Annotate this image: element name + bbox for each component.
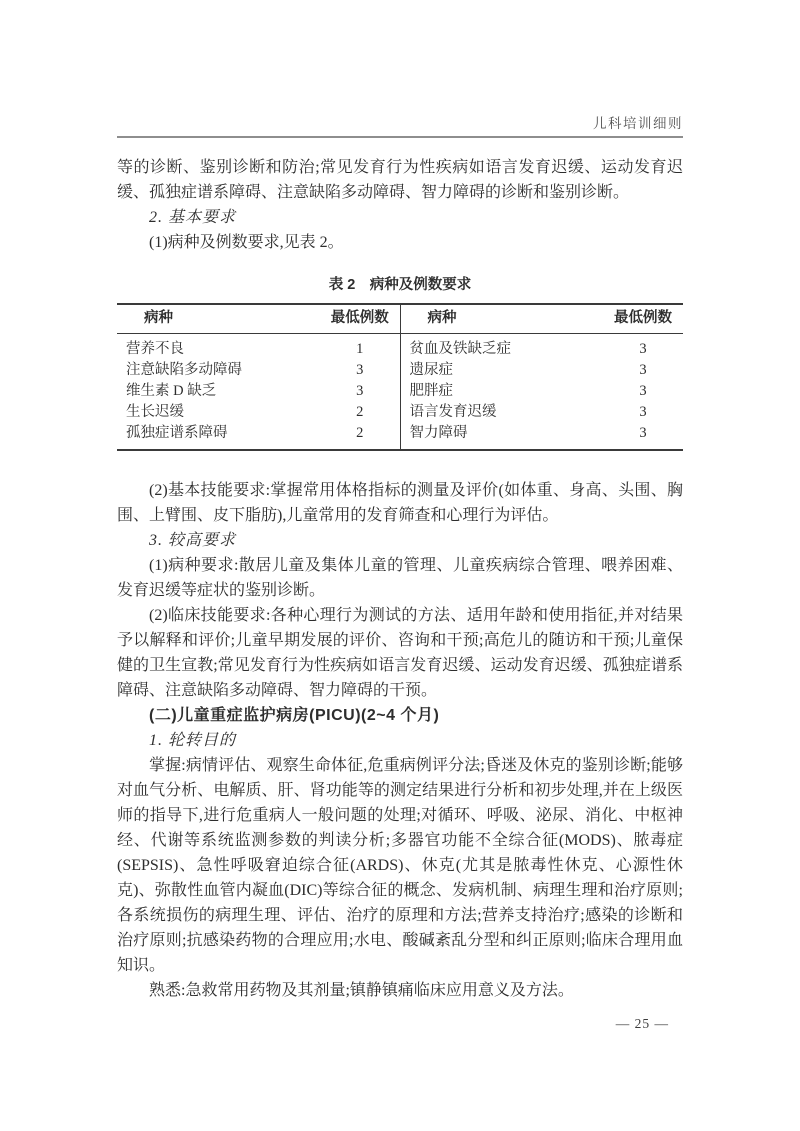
table-cell-count: 2 — [320, 423, 400, 450]
page-content: 等的诊断、鉴别诊断和防治;常见发育行为性疾病如语言发育迟缓、运动发育迟缓、孤独症… — [117, 155, 683, 1003]
page-number: — 25 — — [117, 1016, 683, 1032]
table-cell-disease: 肥胖症 — [400, 381, 603, 402]
table-cell-count: 3 — [603, 423, 683, 450]
heading-basic-requirements: 2. 基本要求 — [117, 205, 683, 230]
table-row: 营养不良 1 贫血及铁缺乏症 3 — [117, 333, 683, 360]
table-cell-disease: 语言发育迟缓 — [400, 402, 603, 423]
heading-rotation-purpose: 1. 轮转目的 — [117, 728, 683, 753]
table-cell-count: 3 — [603, 381, 683, 402]
heading-higher-requirements: 3. 较高要求 — [117, 528, 683, 553]
table-cell-count: 3 — [320, 360, 400, 381]
table-cell-disease: 孤独症谱系障碍 — [117, 423, 320, 450]
running-title: 儿科培训细则 — [117, 115, 683, 132]
table-cell-disease: 遗尿症 — [400, 360, 603, 381]
table-cell-count: 3 — [603, 402, 683, 423]
table-cell-disease: 注意缺陷多动障碍 — [117, 360, 320, 381]
table-cell-count: 3 — [320, 381, 400, 402]
table-row: 生长迟缓 2 语言发育迟缓 3 — [117, 402, 683, 423]
table-header-row: 病种 最低例数 病种 最低例数 — [117, 304, 683, 333]
table-cell-disease: 生长迟缓 — [117, 402, 320, 423]
paragraph-mastery: 掌握:病情评估、观察生命体征,危重病例评分法;昏迷及休克的鉴别诊断;能够对血气分… — [117, 753, 683, 978]
header-rule — [117, 136, 683, 138]
paragraph-case-count-requirement: (1)病种及例数要求,见表 2。 — [117, 230, 683, 255]
disease-case-table: 病种 最低例数 病种 最低例数 营养不良 1 贫血及铁缺乏症 3 注意缺陷多动障… — [117, 303, 683, 451]
table-cell-disease: 贫血及铁缺乏症 — [400, 333, 603, 360]
paragraph-continuation: 等的诊断、鉴别诊断和防治;常见发育行为性疾病如语言发育迟缓、运动发育迟缓、孤独症… — [117, 155, 683, 205]
table-2-block: 表 2 病种及例数要求 病种 最低例数 病种 最低例数 营养不良 — [117, 276, 683, 451]
paragraph-disease-requirement: (1)病种要求:散居儿童及集体儿童的管理、儿童疾病综合管理、喂养困难、发育迟缓等… — [117, 553, 683, 603]
table-row: 注意缺陷多动障碍 3 遗尿症 3 — [117, 360, 683, 381]
table-header-min-cases-right: 最低例数 — [603, 304, 683, 333]
table-cell-disease: 维生素 D 缺乏 — [117, 381, 320, 402]
heading-picu-section: (二)儿童重症监护病房(PICU)(2~4 个月) — [117, 703, 683, 728]
table-row: 维生素 D 缺乏 3 肥胖症 3 — [117, 381, 683, 402]
table-row: 孤独症谱系障碍 2 智力障碍 3 — [117, 423, 683, 450]
paragraph-basic-skills: (2)基本技能要求:掌握常用体格指标的测量及评价(如体重、身高、头围、胸围、上臂… — [117, 478, 683, 528]
table-cell-count: 3 — [603, 360, 683, 381]
table-cell-count: 1 — [320, 333, 400, 360]
paragraph-clinical-skills: (2)临床技能要求:各种心理行为测试的方法、适用年龄和使用指征,并对结果予以解释… — [117, 603, 683, 703]
paragraph-familiarity: 熟悉:急救常用药物及其剂量;镇静镇痛临床应用意义及方法。 — [117, 978, 683, 1003]
table-header-min-cases-left: 最低例数 — [320, 304, 400, 333]
document-page: 儿科培训细则 等的诊断、鉴别诊断和防治;常见发育行为性疾病如语言发育迟缓、运动发… — [117, 0, 683, 1032]
table-cell-count: 3 — [603, 333, 683, 360]
table-cell-count: 2 — [320, 402, 400, 423]
table-cell-disease: 营养不良 — [117, 333, 320, 360]
table-header-disease-right: 病种 — [400, 304, 603, 333]
table-cell-disease: 智力障碍 — [400, 423, 603, 450]
table-header-disease-left: 病种 — [117, 304, 320, 333]
table-title: 表 2 病种及例数要求 — [117, 276, 683, 294]
